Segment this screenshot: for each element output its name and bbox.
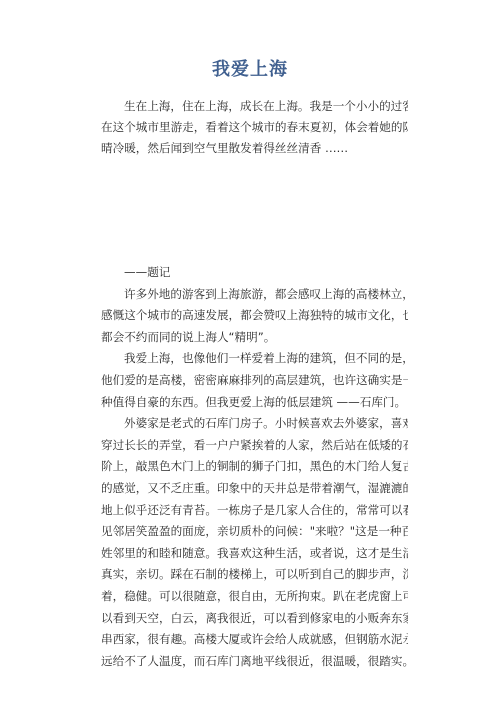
paragraph-2-line: 他们爱的是高楼，密密麻麻排列的高层建筑，也许这确实是一 — [101, 370, 408, 392]
paragraph-1-line: 许多外地的游客到上海旅游，都会感叹上海的高楼林立， — [101, 284, 408, 306]
paragraph-3-line: 外婆家是老式的石库门房子。小时候喜欢去外婆家，喜欢 — [101, 413, 408, 435]
paragraph-3-line: 穿过长长的弄堂，看一户户紧挨着的人家，然后站在低矮的石 — [101, 435, 408, 457]
document-title: 我爱上海 — [0, 58, 500, 82]
paragraph-1-line: 感慨这个城市的高速发展，都会赞叹上海独特的城市文化，也 — [101, 305, 408, 327]
body-text: ——题记 许多外地的游客到上海旅游，都会感叹上海的高楼林立， 感慨这个城市的高速… — [101, 262, 408, 672]
intro-line: 生在上海，住在上海，成长在上海。我是一个小小的过客， — [101, 96, 408, 117]
paragraph-2-line: 种值得自豪的东西。但我更爱上海的低层建筑 ——石库门。 — [101, 392, 408, 414]
paragraph-3-line: 远给不了人温度，而石库门离地平线很近，很温暖，很踏实。 — [101, 651, 408, 673]
intro-line: 在这个城市里游走，看着这个城市的春末夏初，体会着她的阴 — [101, 117, 408, 138]
paragraph-3-line: 的感觉，又不乏庄重。印象中的天井总是带着潮气，湿漉漉的 — [101, 478, 408, 500]
paragraph-2-line: 我爱上海，也像他们一样爱着上海的建筑，但不同的是， — [101, 348, 408, 370]
intro-paragraph: 生在上海，住在上海，成长在上海。我是一个小小的过客， 在这个城市里游走，看着这个… — [101, 96, 408, 160]
paragraph-3-line: 阶上，敲黑色木门上的铜制的狮子门扣，黑色的木门给人复古 — [101, 456, 408, 478]
paragraph-1-line: 都会不约而同的说上海人“精明”。 — [101, 327, 408, 349]
paragraph-3-line: 姓邻里的和睦和随意。我喜欢这种生活，或者说，这才是生活 — [101, 543, 408, 565]
paragraph-3-line: 真实，亲切。踩在石制的楼梯上，可以听到自己的脚步声，沉 — [101, 564, 408, 586]
paragraph-3-line: 见邻居笑盈盈的面庞，亲切质朴的问候："来啦？"这是一种百 — [101, 521, 408, 543]
intro-line: 晴冷暖，然后闻到空气里散发着得丝丝清香 …… — [101, 138, 408, 159]
paragraph-3-line: 以看到天空，白云，离我很近，可以看到修家电的小贩奔东家 — [101, 608, 408, 630]
document-page: 我爱上海 生在上海，住在上海，成长在上海。我是一个小小的过客， 在这个城市里游走… — [0, 0, 500, 707]
paragraph-3-line: 地上似乎还泛有青苔。一栋房子是几家人合住的，常常可以看 — [101, 500, 408, 522]
paragraph-3-line: 串西家，很有趣。高楼大厦或许会给人成就感，但钢筋水泥永 — [101, 629, 408, 651]
paragraph-3-line: 着，稳健。可以很随意，很自由，无所拘束。趴在老虎窗上可 — [101, 586, 408, 608]
epigraph-attribution: ——题记 — [101, 262, 408, 284]
